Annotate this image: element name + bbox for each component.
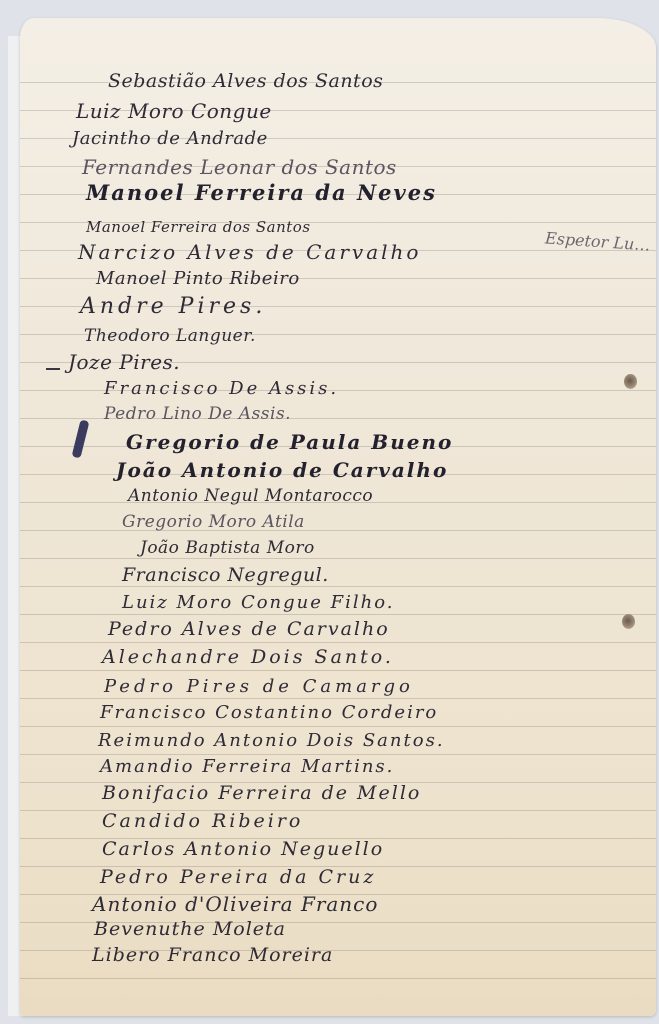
name-entry: João Baptista Moro: [140, 538, 315, 558]
name-entry: Bonifacio Ferreira de Mello: [102, 782, 421, 804]
ruled-line: [20, 670, 656, 671]
name-entry: Reimundo Antonio Dois Santos.: [98, 730, 445, 751]
ruled-line: [20, 726, 656, 727]
ruled-line: [20, 642, 656, 643]
name-entry: Carlos Antonio Neguello: [102, 838, 384, 860]
name-entry: Luiz Moro Congue Filho.: [122, 592, 394, 613]
name-entry: Pedro Lino De Assis.: [104, 404, 291, 424]
name-entry: Theodoro Languer.: [84, 326, 256, 346]
name-entry: Andre Pires.: [80, 294, 266, 319]
ruled-line: [20, 698, 656, 699]
name-entry: Manoel Ferreira dos Santos: [86, 218, 311, 236]
name-entry: Alechandre Dois Santo.: [102, 646, 394, 668]
name-entry: Fernandes Leonar dos Santos: [82, 155, 397, 179]
name-entry: Manoel Pinto Ribeiro: [96, 268, 300, 289]
name-entry: Libero Franco Moreira: [92, 944, 333, 966]
name-entry: João Antonio de Carvalho: [116, 458, 448, 482]
name-entry: Antonio Negul Montarocco: [128, 486, 373, 506]
ruled-line: [20, 530, 656, 531]
name-entry: Joze Pires.: [68, 350, 180, 374]
ruled-line: [20, 754, 656, 755]
name-entry: Antonio d'Oliveira Franco: [92, 892, 378, 916]
ruled-line: [20, 558, 656, 559]
name-entry: Luiz Moro Congue: [76, 99, 272, 123]
name-entry: Sebastião Alves dos Santos: [108, 70, 383, 92]
name-entry: Narcizo Alves de Carvalho: [78, 240, 421, 264]
ruled-line: [20, 614, 656, 615]
name-entry: Pedro Pires de Camargo: [104, 676, 414, 697]
name-entry: Candido Ribeiro: [102, 810, 303, 832]
name-entry: Gregorio de Paula Bueno: [126, 430, 453, 454]
name-entry: Pedro Pereira da Cruz: [100, 866, 376, 888]
name-entry: Francisco De Assis.: [104, 378, 339, 399]
punch-hole: [624, 374, 637, 389]
name-entry: Francisco Negregul.: [122, 564, 329, 586]
name-entry: Pedro Alves de Carvalho: [108, 618, 390, 640]
punch-hole: [622, 614, 635, 629]
ruled-line: [20, 978, 656, 979]
name-entry: Amandio Ferreira Martins.: [100, 756, 394, 777]
name-entry: Gregorio Moro Atila: [122, 512, 305, 532]
ruled-line: [20, 586, 656, 587]
name-entry: Bevenuthe Moleta: [94, 918, 286, 940]
name-entry: Manoel Ferreira da Neves: [86, 180, 437, 205]
name-entry: Francisco Costantino Cordeiro: [100, 702, 438, 723]
name-entry: Jacintho de Andrade: [72, 128, 268, 149]
ink-dash: [46, 368, 60, 370]
